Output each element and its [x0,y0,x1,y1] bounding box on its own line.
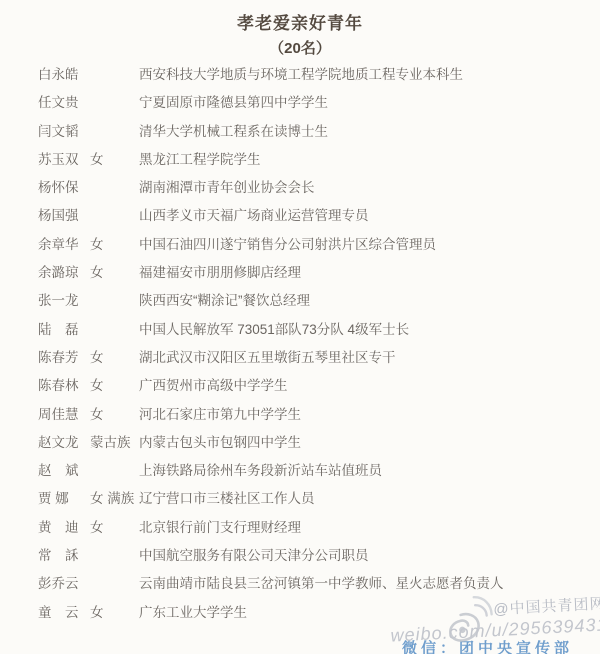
description-text: 广东工业大学学生 [139,604,586,621]
list-item: 陈春芳 女 湖北武汉市汉阳区五里墩街五琴里社区专干 [38,349,586,377]
gender-ethnicity-text: 女 [90,377,139,394]
honor-list: 白永皓 西安科技大学地质与环境工程学院地质工程专业本科生 任文贵 宁夏固原市隆德… [38,66,586,632]
list-item: 闫文韬 清华大学机械工程系在读博士生 [38,123,586,151]
gender-ethnicity-text: 女 [90,151,139,168]
list-item: 陈春林 女 广西贺州市高级中学学生 [38,377,586,405]
gender-ethnicity-text: 蒙古族 [90,434,139,451]
list-item: 白永皓 西安科技大学地质与环境工程学院地质工程专业本科生 [38,66,586,94]
description-text: 湖南湘潭市青年创业协会会长 [139,179,586,196]
list-item: 任文贵 宁夏固原市隆德县第四中学学生 [38,94,586,122]
name-text: 余章华 [38,236,90,253]
name-text: 陈春林 [38,377,90,394]
gender-ethnicity-text: 女 [90,349,139,366]
gender-ethnicity-text: 女 满族 [90,490,139,507]
gender-ethnicity-text: 女 [90,406,139,423]
list-item: 杨国强 山西孝义市天福广场商业运营管理专员 [38,207,586,235]
name-text: 赵文龙 [38,434,90,451]
name-text: 周佳慧 [38,406,90,423]
description-text: 山西孝义市天福广场商业运营管理专员 [139,207,586,224]
list-item: 黄 迪 女 北京银行前门支行理财经理 [38,519,586,547]
name-text: 苏玉双 [38,151,90,168]
description-text: 云南曲靖市陆良县三岔河镇第一中学教师、星火志愿者负责人 [139,575,586,592]
description-text: 北京银行前门支行理财经理 [139,519,586,536]
description-text: 黑龙江工程学院学生 [139,151,586,168]
name-text: 常 訸 [38,547,90,564]
gender-ethnicity-text: 女 [90,236,139,253]
name-text: 彭乔云 [38,575,90,592]
list-item: 陆 磊 中国人民解放军 73051部队73分队 4级军士长 [38,321,586,349]
page-title: 孝老爱亲好青年 [0,9,600,34]
list-item: 常 訸 中国航空服务有限公司天津分公司职员 [38,547,586,575]
list-item: 余潞琼 女 福建福安市朋朋修脚店经理 [38,264,586,292]
description-text: 中国航空服务有限公司天津分公司职员 [139,547,586,564]
description-text: 福建福安市朋朋修脚店经理 [139,264,586,281]
name-text: 黄 迪 [38,519,90,536]
description-text: 河北石家庄市第九中学学生 [139,406,586,423]
description-text: 内蒙古包头市包钢四中学生 [139,434,586,451]
list-item: 赵文龙 蒙古族 内蒙古包头市包钢四中学生 [38,434,586,462]
list-item: 苏玉双 女 黑龙江工程学院学生 [38,151,586,179]
name-text: 张一龙 [38,292,90,309]
list-item: 余章华 女 中国石油四川遂宁销售分公司射洪片区综合管理员 [38,236,586,264]
list-item: 周佳慧 女 河北石家庄市第九中学学生 [38,406,586,434]
name-text: 杨国强 [38,207,90,224]
list-item: 张一龙 陕西西安“糊涂记”餐饮总经理 [38,292,586,320]
description-text: 辽宁营口市三楼社区工作人员 [139,490,586,507]
name-text: 贾 娜 [38,490,90,507]
description-text: 广西贺州市高级中学学生 [139,377,586,394]
name-text: 童 云 [38,604,90,621]
name-text: 杨怀保 [38,179,90,196]
page-subtitle: （20名） [0,37,600,58]
name-text: 陆 磊 [38,321,90,338]
list-item: 赵 斌 上海铁路局徐州车务段新沂站车站值班员 [38,462,586,490]
name-text: 闫文韬 [38,123,90,140]
description-text: 中国人民解放军 73051部队73分队 4级军士长 [139,321,586,338]
name-text: 赵 斌 [38,462,90,479]
name-text: 白永皓 [38,66,90,83]
footer-clipped-text: 微信：团中央宣传部 [402,637,573,654]
description-text: 清华大学机械工程系在读博士生 [139,123,586,140]
gender-ethnicity-text: 女 [90,264,139,281]
list-item: 彭乔云 云南曲靖市陆良县三岔河镇第一中学教师、星火志愿者负责人 [38,575,586,603]
name-text: 任文贵 [38,94,90,111]
description-text: 湖北武汉市汉阳区五里墩街五琴里社区专干 [139,349,586,366]
name-text: 陈春芳 [38,349,90,366]
list-item: 贾 娜 女 满族 辽宁营口市三楼社区工作人员 [38,490,586,518]
list-item: 童 云 女 广东工业大学学生 [38,604,586,632]
description-text: 西安科技大学地质与环境工程学院地质工程专业本科生 [139,66,586,83]
description-text: 陕西西安“糊涂记”餐饮总经理 [139,292,586,309]
list-item: 杨怀保 湖南湘潭市青年创业协会会长 [38,179,586,207]
gender-ethnicity-text: 女 [90,519,139,536]
gender-ethnicity-text: 女 [90,604,139,621]
description-text: 宁夏固原市隆德县第四中学学生 [139,94,586,111]
description-text: 中国石油四川遂宁销售分公司射洪片区综合管理员 [139,236,586,253]
description-text: 上海铁路局徐州车务段新沂站车站值班员 [139,462,586,479]
name-text: 余潞琼 [38,264,90,281]
